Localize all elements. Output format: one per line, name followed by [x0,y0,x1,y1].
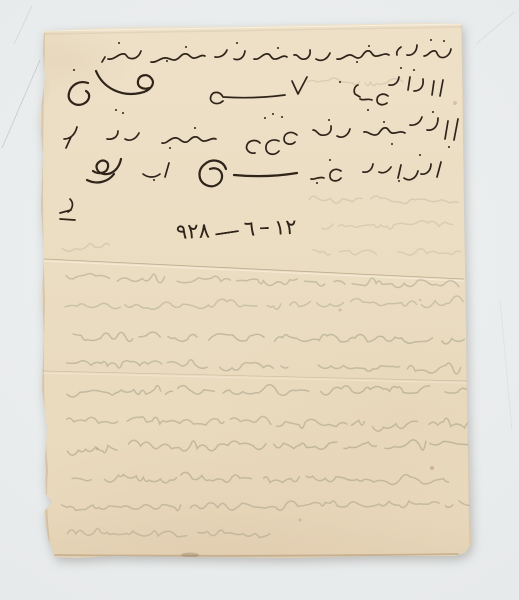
date-separator-long [215,230,239,236]
date-line: ٩٢٨ ٦ ١٢ [175,214,297,245]
paper-sheet: ٩٢٨ ٦ ١٢ [0,0,519,600]
handwriting-layer [0,0,519,600]
date-separator-short [260,227,269,229]
letter-paper: ٩٢٨ ٦ ١٢ [0,0,519,600]
foxing-spots [96,101,458,558]
date-day: ١٢ [273,214,297,241]
date-month: ٦ [243,216,255,242]
ink-diacritic-dots [73,39,450,184]
date-year: ٩٢٨ [175,218,210,245]
paper-edge-shading [42,24,470,556]
photo-background: ٩٢٨ ٦ ١٢ [0,0,519,600]
bleedthrough-text [62,78,477,537]
ink-handwriting-upper [60,39,458,220]
